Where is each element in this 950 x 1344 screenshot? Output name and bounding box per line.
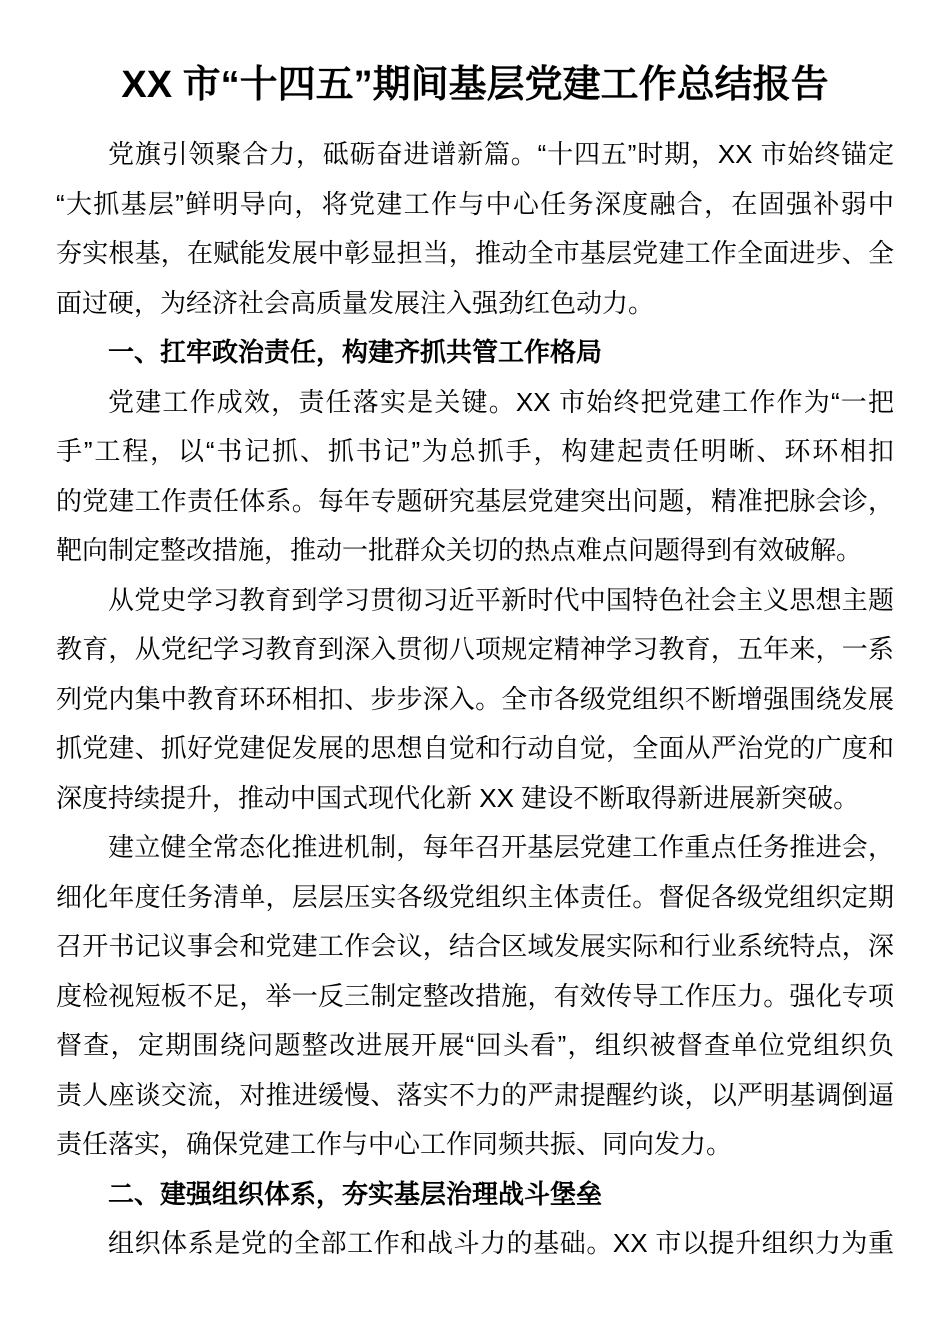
text-line: 靶向制定整改措施，推动一批群众关切的热点难点问题得到有效破解。 [56,526,894,576]
text-line: 度检视短板不足，举一反三制定整改措施，有效传导工作压力。强化专项 [56,972,894,1022]
paragraph: 从党史学习教育到学习贯彻习近平新时代中国特色社会主义思想主题 教育，从党纪学习教… [56,576,894,824]
paragraph: 建立健全常态化推进机制，每年召开基层党建工作重点任务推进会， 细化年度任务清单，… [56,823,894,1170]
paragraph: 组织体系是党的全部工作和战斗力的基础。XX 市以提升组织力为重点， [56,1219,894,1269]
text-line: 建立健全常态化推进机制，每年召开基层党建工作重点任务推进会， [56,823,894,873]
paragraph: 党旗引领聚合力，砥砺奋进谱新篇。“十四五”时期，XX 市始终锚定 “大抓基层”鲜… [56,130,894,328]
text-line: 责任落实，确保党建工作与中心工作同频共振、同向发力。 [56,1120,894,1170]
text-line: 细化年度任务清单，层层压实各级党组织主体责任。督促各级党组织定期 [56,873,894,923]
text-line: 面过硬，为经济社会高质量发展注入强劲红色动力。 [56,279,894,329]
text-line: 组织体系是党的全部工作和战斗力的基础。XX 市以提升组织力为重点， [56,1219,894,1269]
text-line: 手”工程，以“书记抓、抓书记”为总抓手，构建起责任明晰、环环相扣 [56,427,894,477]
text-line: 深度持续提升，推动中国式现代化新 XX 建设不断取得新进展新突破。 [56,774,894,824]
section-heading-2: 二、建强组织体系，夯实基层治理战斗堡垒 [56,1170,894,1220]
section-heading-1: 一、扛牢政治责任，构建齐抓共管工作格局 [56,328,894,378]
text-line: 党建工作成效，责任落实是关键。XX 市始终把党建工作作为“一把 [56,378,894,428]
text-line: 召开书记议事会和党建工作会议，结合区域发展实际和行业系统特点，深 [56,922,894,972]
text-line: 列党内集中教育环环相扣、步步深入。全市各级党组织不断增强围绕发展 [56,675,894,725]
document-page: XX 市“十四五”期间基层党建工作总结报告 党旗引领聚合力，砥砺奋进谱新篇。“十… [0,0,950,1344]
text-line: 责人座谈交流，对推进缓慢、落实不力的严肃提醒约谈，以严明基调倒逼 [56,1071,894,1121]
document-title: XX 市“十四五”期间基层党建工作总结报告 [56,58,894,112]
text-line: 党旗引领聚合力，砥砺奋进谱新篇。“十四五”时期，XX 市始终锚定 [56,130,894,180]
text-line: 从党史学习教育到学习贯彻习近平新时代中国特色社会主义思想主题 [56,576,894,626]
text-line: “大抓基层”鲜明导向，将党建工作与中心任务深度融合，在固强补弱中 [56,180,894,230]
text-line: 夯实根基，在赋能发展中彰显担当，推动全市基层党建工作全面进步、全 [56,229,894,279]
paragraph: 党建工作成效，责任落实是关键。XX 市始终把党建工作作为“一把 手”工程，以“书… [56,378,894,576]
text-line: 教育，从党纪学习教育到深入贯彻八项规定精神学习教育，五年来，一系 [56,625,894,675]
text-line: 抓党建、抓好党建促发展的思想自觉和行动自觉，全面从严治党的广度和 [56,724,894,774]
text-line: 的党建工作责任体系。每年专题研究基层党建突出问题，精准把脉会诊， [56,477,894,527]
text-line: 督查，定期围绕问题整改进展开展“回头看”，组织被督查单位党组织负 [56,1021,894,1071]
